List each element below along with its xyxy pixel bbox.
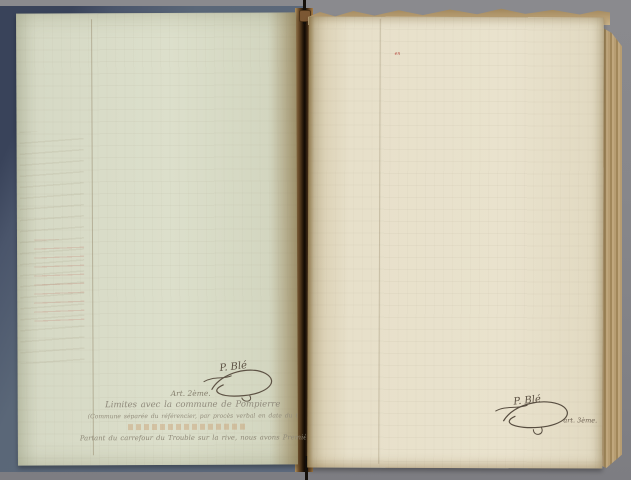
left-page: PROCÈS — VERBALDÉLIMITATION DU TERRITOIR… — [16, 12, 298, 465]
section-first-line: Partant du carrefour du Trouble sur la r… — [80, 433, 306, 442]
signature-flourish-icon — [487, 385, 587, 435]
right-signature: P. Blé — [487, 385, 587, 435]
red-superscript-correction: en — [395, 52, 401, 57]
scanned-register-spread: PROCÈS — VERBALDÉLIMITATION DU TERRITOIR… — [0, 0, 631, 480]
right-page: vu que le chemin rural n° 16des Caves du… — [307, 16, 604, 468]
article-heading: Art. 2ème. — [96, 388, 286, 398]
ghost-stamp — [128, 424, 248, 431]
section-title: Limites avec la commune de Pompierre — [93, 399, 293, 410]
section-subtitle: (Commune séparée du référencier, par pro… — [88, 412, 298, 420]
catchword-article-note: art. 3ème. — [563, 416, 597, 424]
ghost-bleedthrough-red — [34, 239, 84, 321]
